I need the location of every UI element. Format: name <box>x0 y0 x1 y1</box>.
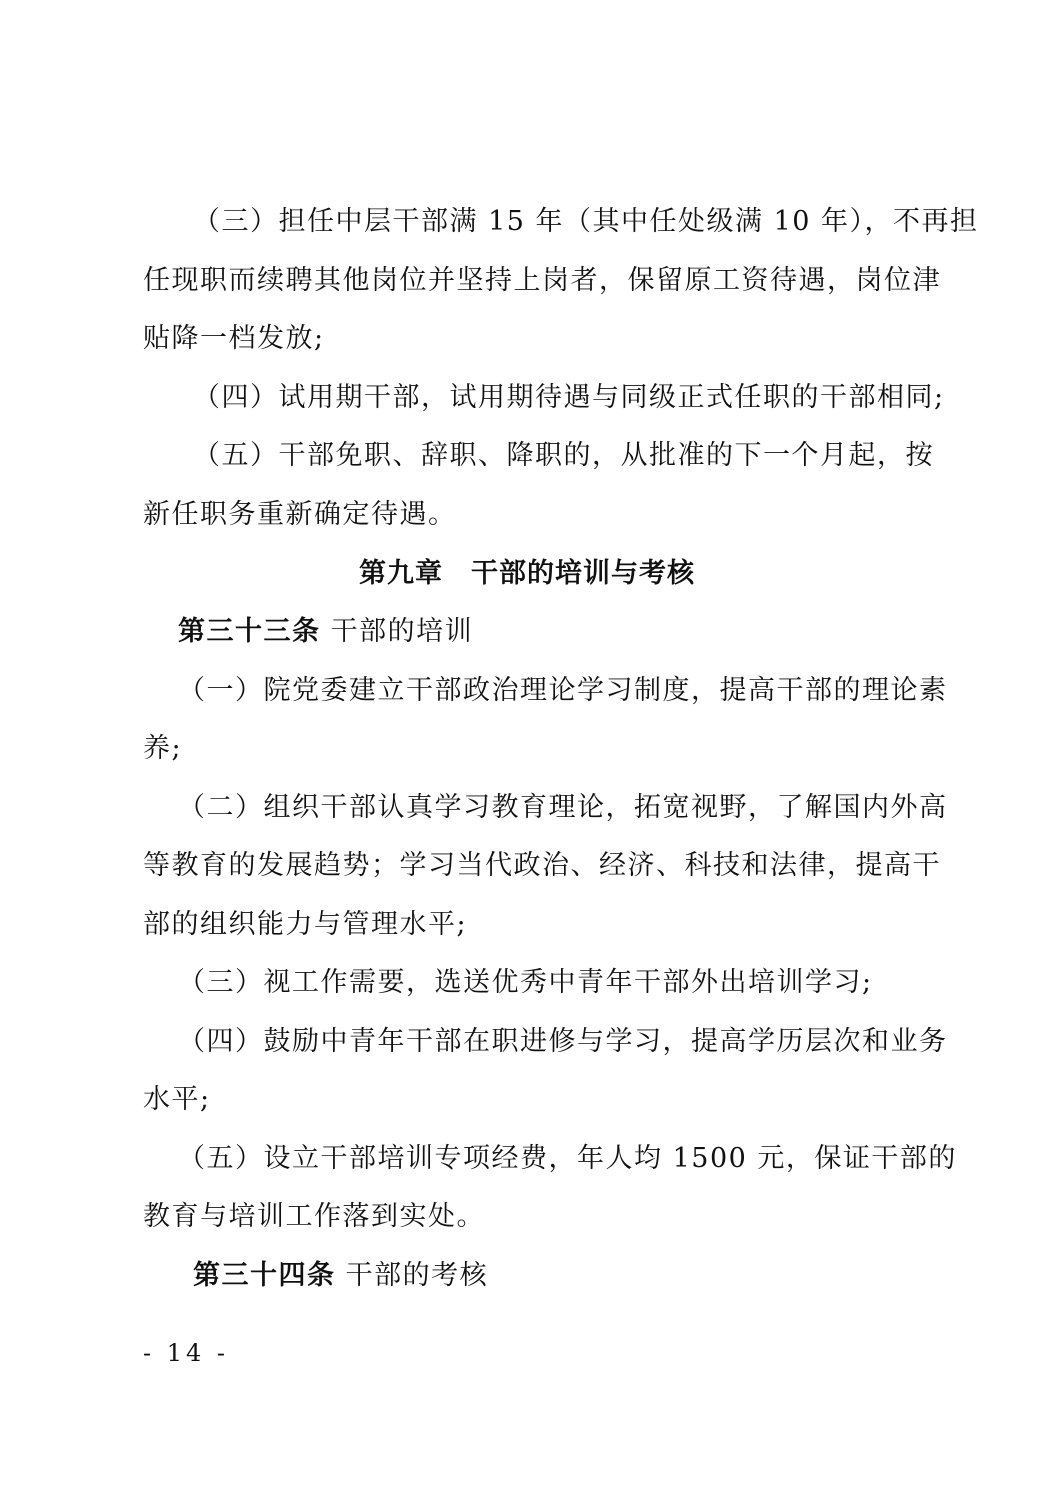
paragraph-line: 养; <box>143 731 928 767</box>
paragraph-line: （二）组织干部认真学习教育理论，拓宽视野，了解国内外高 <box>178 790 963 826</box>
paragraph-line: 等教育的发展趋势；学习当代政治、经济、科技和法律，提高干 <box>143 848 928 884</box>
paragraph-line: （四）鼓励中青年干部在职进修与学习，提高学历层次和业务 <box>178 1024 963 1060</box>
paragraph-line: 水平; <box>143 1082 928 1118</box>
paragraph-line: 任现职而续聘其他岗位并坚持上岗者，保留原工资待遇，岗位津 <box>143 263 928 299</box>
article-label: 第三十三条 <box>178 616 321 647</box>
article-label: 第三十四条 <box>193 1260 336 1291</box>
paragraph-line: （三）担任中层干部满 15 年（其中任处级满 10 年），不再担 <box>193 204 978 240</box>
paragraph-line: （四）试用期干部，试用期待遇与同级正式任职的干部相同; <box>193 380 978 416</box>
article-heading: 第三十四条 干部的考核 <box>193 1258 978 1294</box>
article-title: 干部的培训 <box>331 616 474 647</box>
paragraph-line: 新任职务重新确定待遇。 <box>143 497 928 533</box>
paragraph-line: 教育与培训工作落到实处。 <box>143 1199 928 1235</box>
chapter-heading: 第九章 干部的培训与考核 <box>0 556 1054 592</box>
paragraph-line: 部的组织能力与管理水平; <box>143 907 928 943</box>
paragraph-line: （五）设立干部培训专项经费，年人均 1500 元，保证干部的 <box>178 1141 963 1177</box>
paragraph-line: （三）视工作需要，选送优秀中青年干部外出培训学习; <box>178 965 963 1001</box>
paragraph-line: （五）干部免职、辞职、降职的，从批准的下一个月起，按 <box>193 438 978 474</box>
paragraph-line: 贴降一档发放; <box>143 321 928 357</box>
article-heading: 第三十三条 干部的培训 <box>178 614 963 650</box>
paragraph-line: （一）院党委建立干部政治理论学习制度，提高干部的理论素 <box>178 673 963 709</box>
page-number: - 14 - <box>143 1338 229 1368</box>
article-title: 干部的考核 <box>346 1260 489 1291</box>
